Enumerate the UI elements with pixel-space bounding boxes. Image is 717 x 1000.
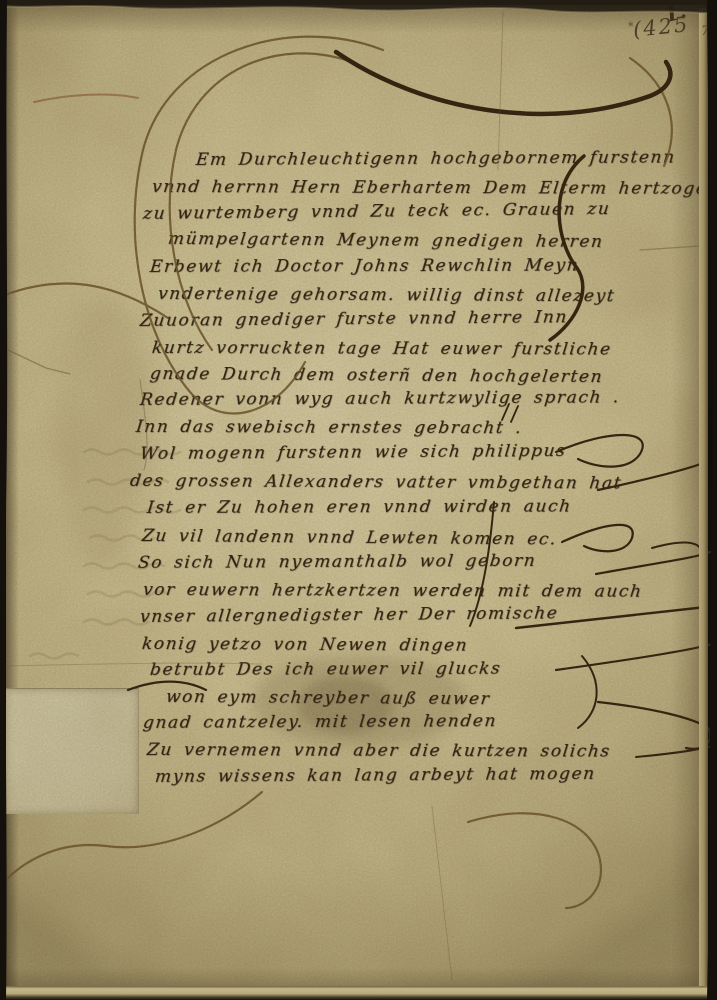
manuscript-photo: Em Durchleuchtigenn hochgebornem fursten…: [0, 0, 717, 1000]
book-edges: [0, 0, 717, 1000]
